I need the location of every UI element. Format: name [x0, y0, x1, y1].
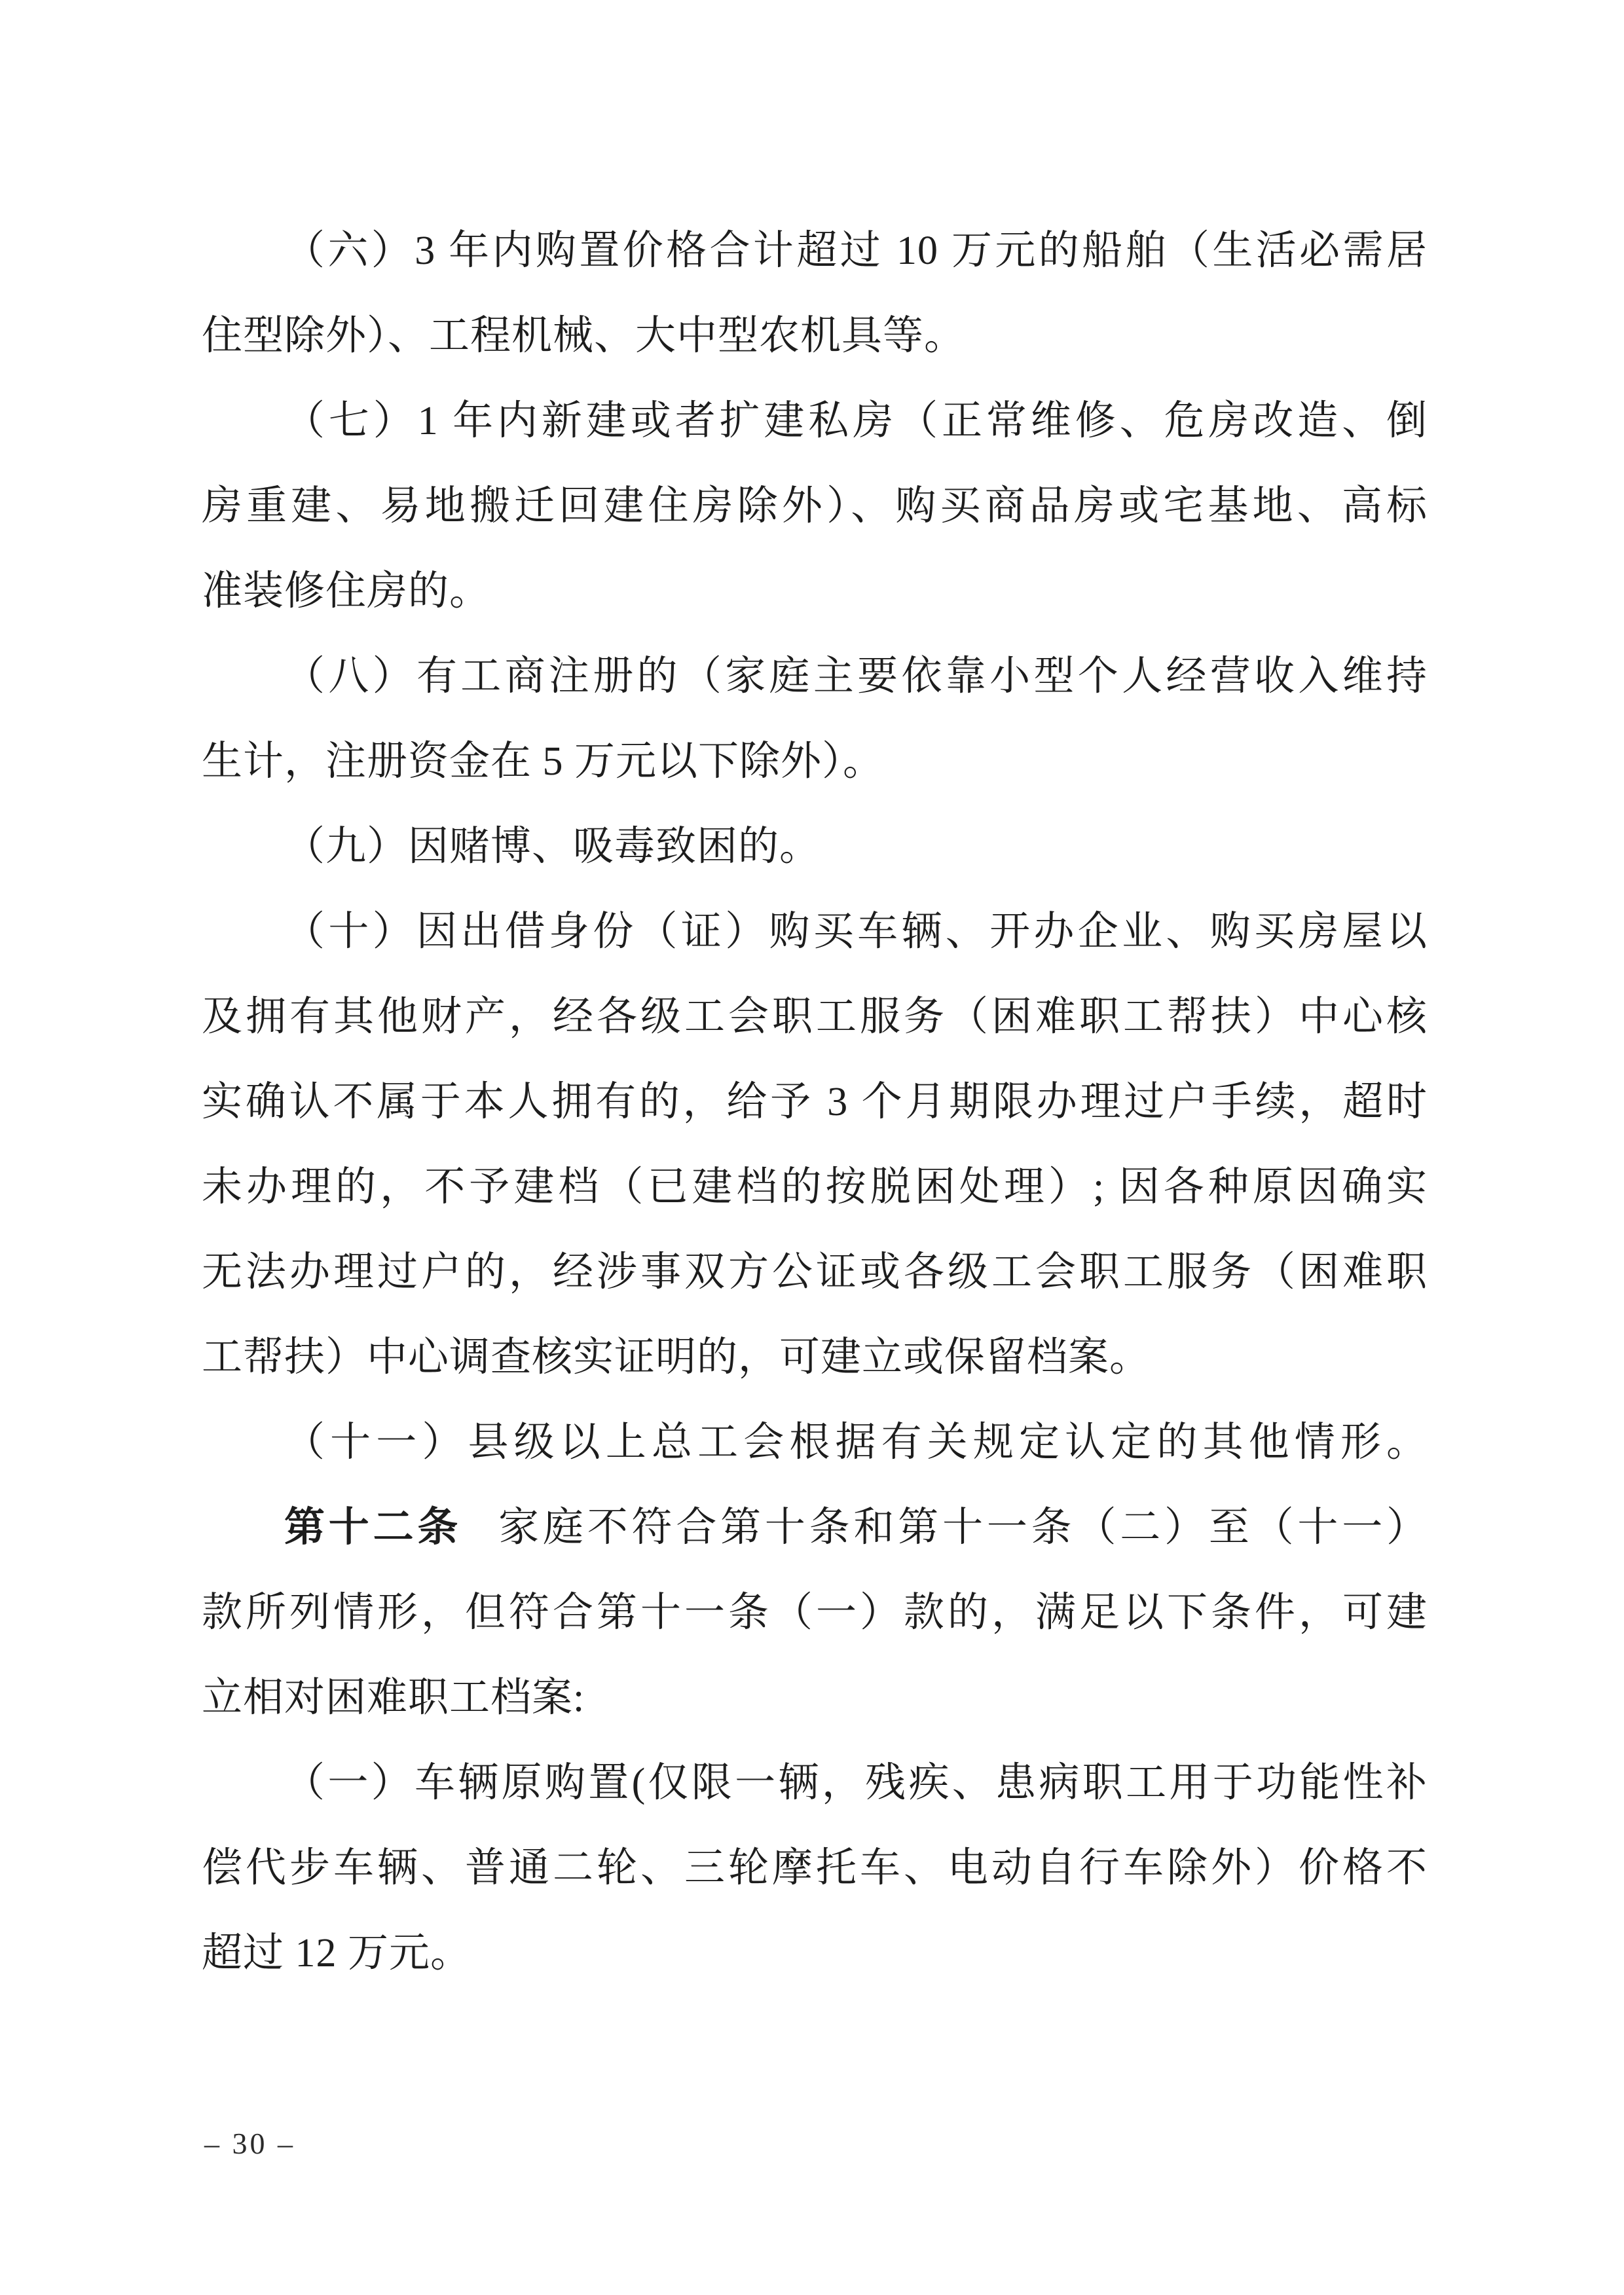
article-12-number: 第十二条: [284, 1505, 462, 1550]
line-item-7-1: （七）1 年内新建或者扩建私房（正常维修、危房改造、倒: [202, 378, 1428, 464]
line-item-8-1: （八）有工商注册的（家庭主要依靠小型个人经营收入维持: [202, 634, 1428, 719]
line-article-12-3: 立相对困难职工档案:: [202, 1655, 1428, 1740]
line-item-10-2: 及拥有其他财产，经各级工会职工服务（困难职工帮扶）中心核: [202, 974, 1428, 1059]
line-item-10-3: 实确认不属于本人拥有的，给予 3 个月期限办理过户手续，超时: [202, 1059, 1428, 1145]
line-item-6-2: 住型除外）、工程机械、大中型农机具等。: [202, 293, 1428, 378]
line-item-10-1: （十）因出借身份（证）购买车辆、开办企业、购买房屋以: [202, 889, 1428, 974]
line-item-9-1: （九）因赌博、吸毒致困的。: [202, 804, 1428, 889]
line-item-6-1: （六）3 年内购置价格合计超过 10 万元的船舶（生活必需居: [202, 208, 1428, 293]
line-article-12-1: 第十二条家庭不符合第十条和第十一条（二）至（十一）: [202, 1485, 1428, 1570]
line-item-7-2: 房重建、易地搬迁回建住房除外）、购买商品房或宅基地、高标: [202, 464, 1428, 549]
line-item-10-5: 无法办理过户的，经涉事双方公证或各级工会职工服务（困难职: [202, 1230, 1428, 1315]
line-sub-item-1-1: （一）车辆原购置(仅限一辆，残疾、患病职工用于功能性补: [202, 1740, 1428, 1826]
article-12-text: 家庭不符合第十条和第十一条（二）至（十一）: [498, 1505, 1428, 1550]
line-sub-item-1-2: 偿代步车辆、普通二轮、三轮摩托车、电动自行车除外）价格不: [202, 1826, 1428, 1911]
line-item-11-1: （十一）县级以上总工会根据有关规定认定的其他情形。: [202, 1400, 1428, 1485]
line-sub-item-1-3: 超过 12 万元。: [202, 1911, 1428, 1996]
line-article-12-2: 款所列情形，但符合第十一条（一）款的，满足以下条件，可建: [202, 1570, 1428, 1655]
line-item-7-3: 准装修住房的。: [202, 549, 1428, 634]
document-page: （六）3 年内购置价格合计超过 10 万元的船舶（生活必需居 住型除外）、工程机…: [0, 0, 1624, 2295]
document-body: （六）3 年内购置价格合计超过 10 万元的船舶（生活必需居 住型除外）、工程机…: [202, 208, 1428, 1996]
line-item-10-4: 未办理的，不予建档（已建档的按脱困处理）; 因各种原因确实: [202, 1145, 1428, 1230]
line-item-10-6: 工帮扶）中心调查核实证明的，可建立或保留档案。: [202, 1315, 1428, 1400]
page-number: – 30 –: [204, 2127, 295, 2161]
line-item-8-2: 生计，注册资金在 5 万元以下除外）。: [202, 719, 1428, 804]
